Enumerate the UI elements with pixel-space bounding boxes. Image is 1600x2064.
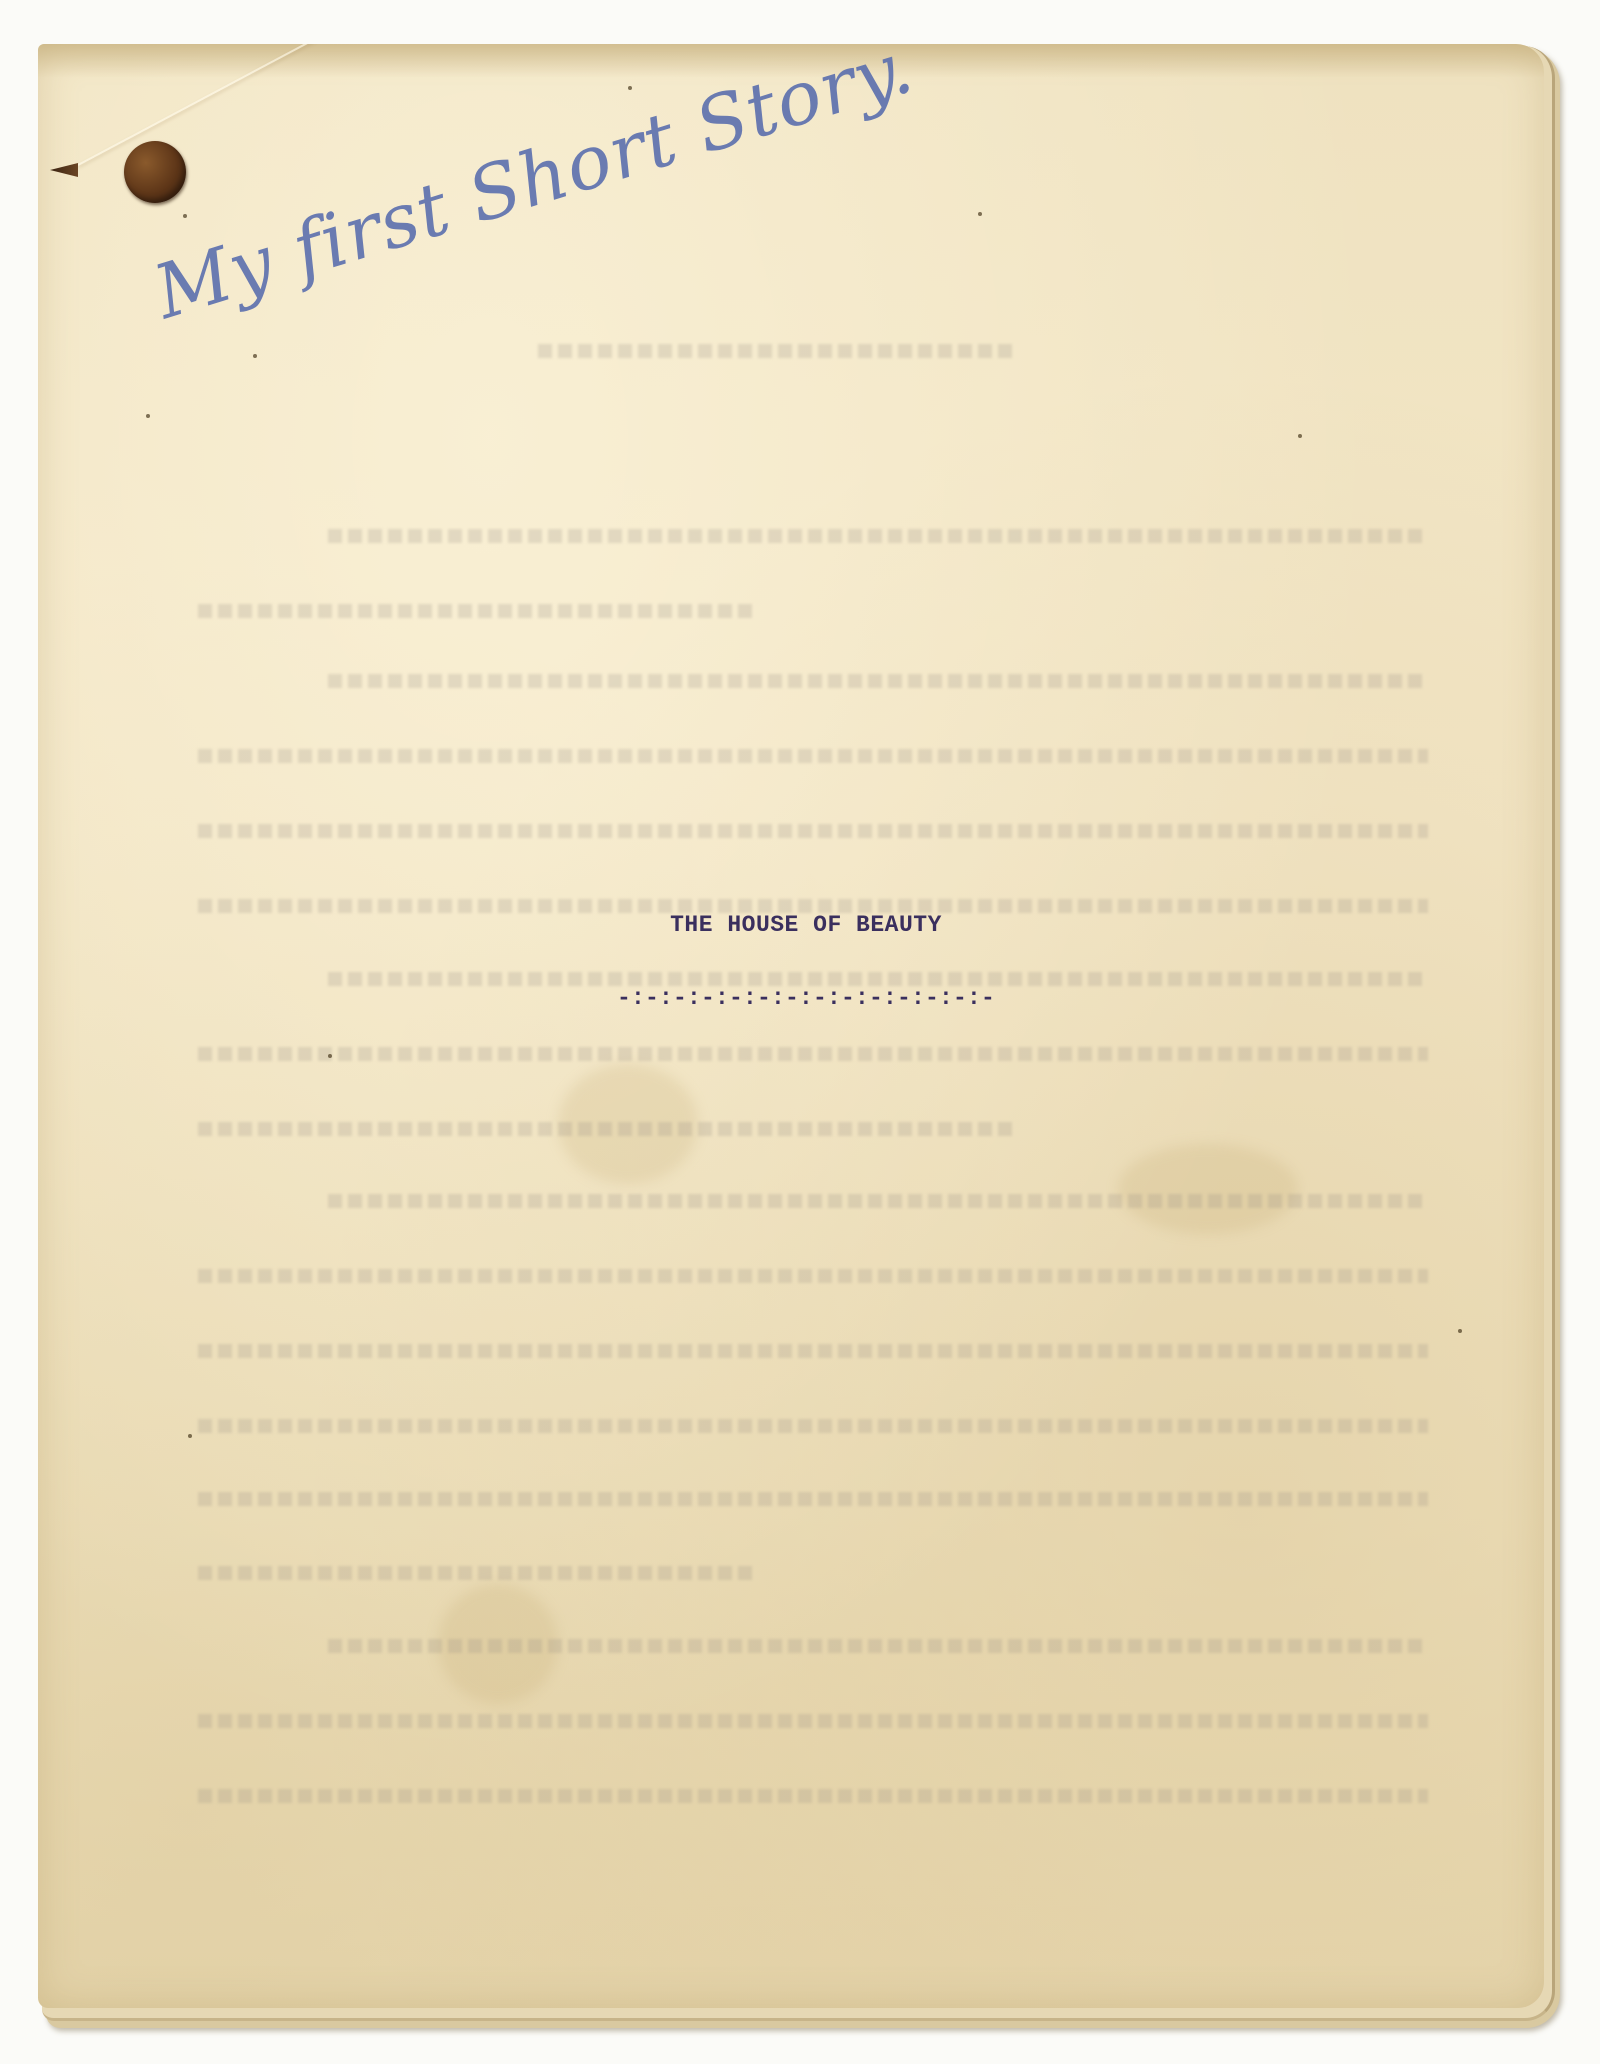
paper-speck [188,1434,192,1438]
manuscript-cover-page [38,44,1544,2008]
paper-speck [183,214,187,218]
brass-fastener-icon [124,141,186,203]
paper-speck [253,354,257,358]
bleed-through-text [38,44,1544,2008]
paper-speck [328,1054,332,1058]
paper-speck [628,86,632,90]
title-ornament-divider: -:-:-:-:-:-:-:-:-:-:-:-:-:- [0,985,1600,1011]
paper-speck [1298,434,1302,438]
paper-speck [978,212,982,216]
paper-speck [1458,1329,1462,1333]
paper-speck [146,414,150,418]
document-title: THE HOUSE OF BEAUTY [0,912,1600,938]
